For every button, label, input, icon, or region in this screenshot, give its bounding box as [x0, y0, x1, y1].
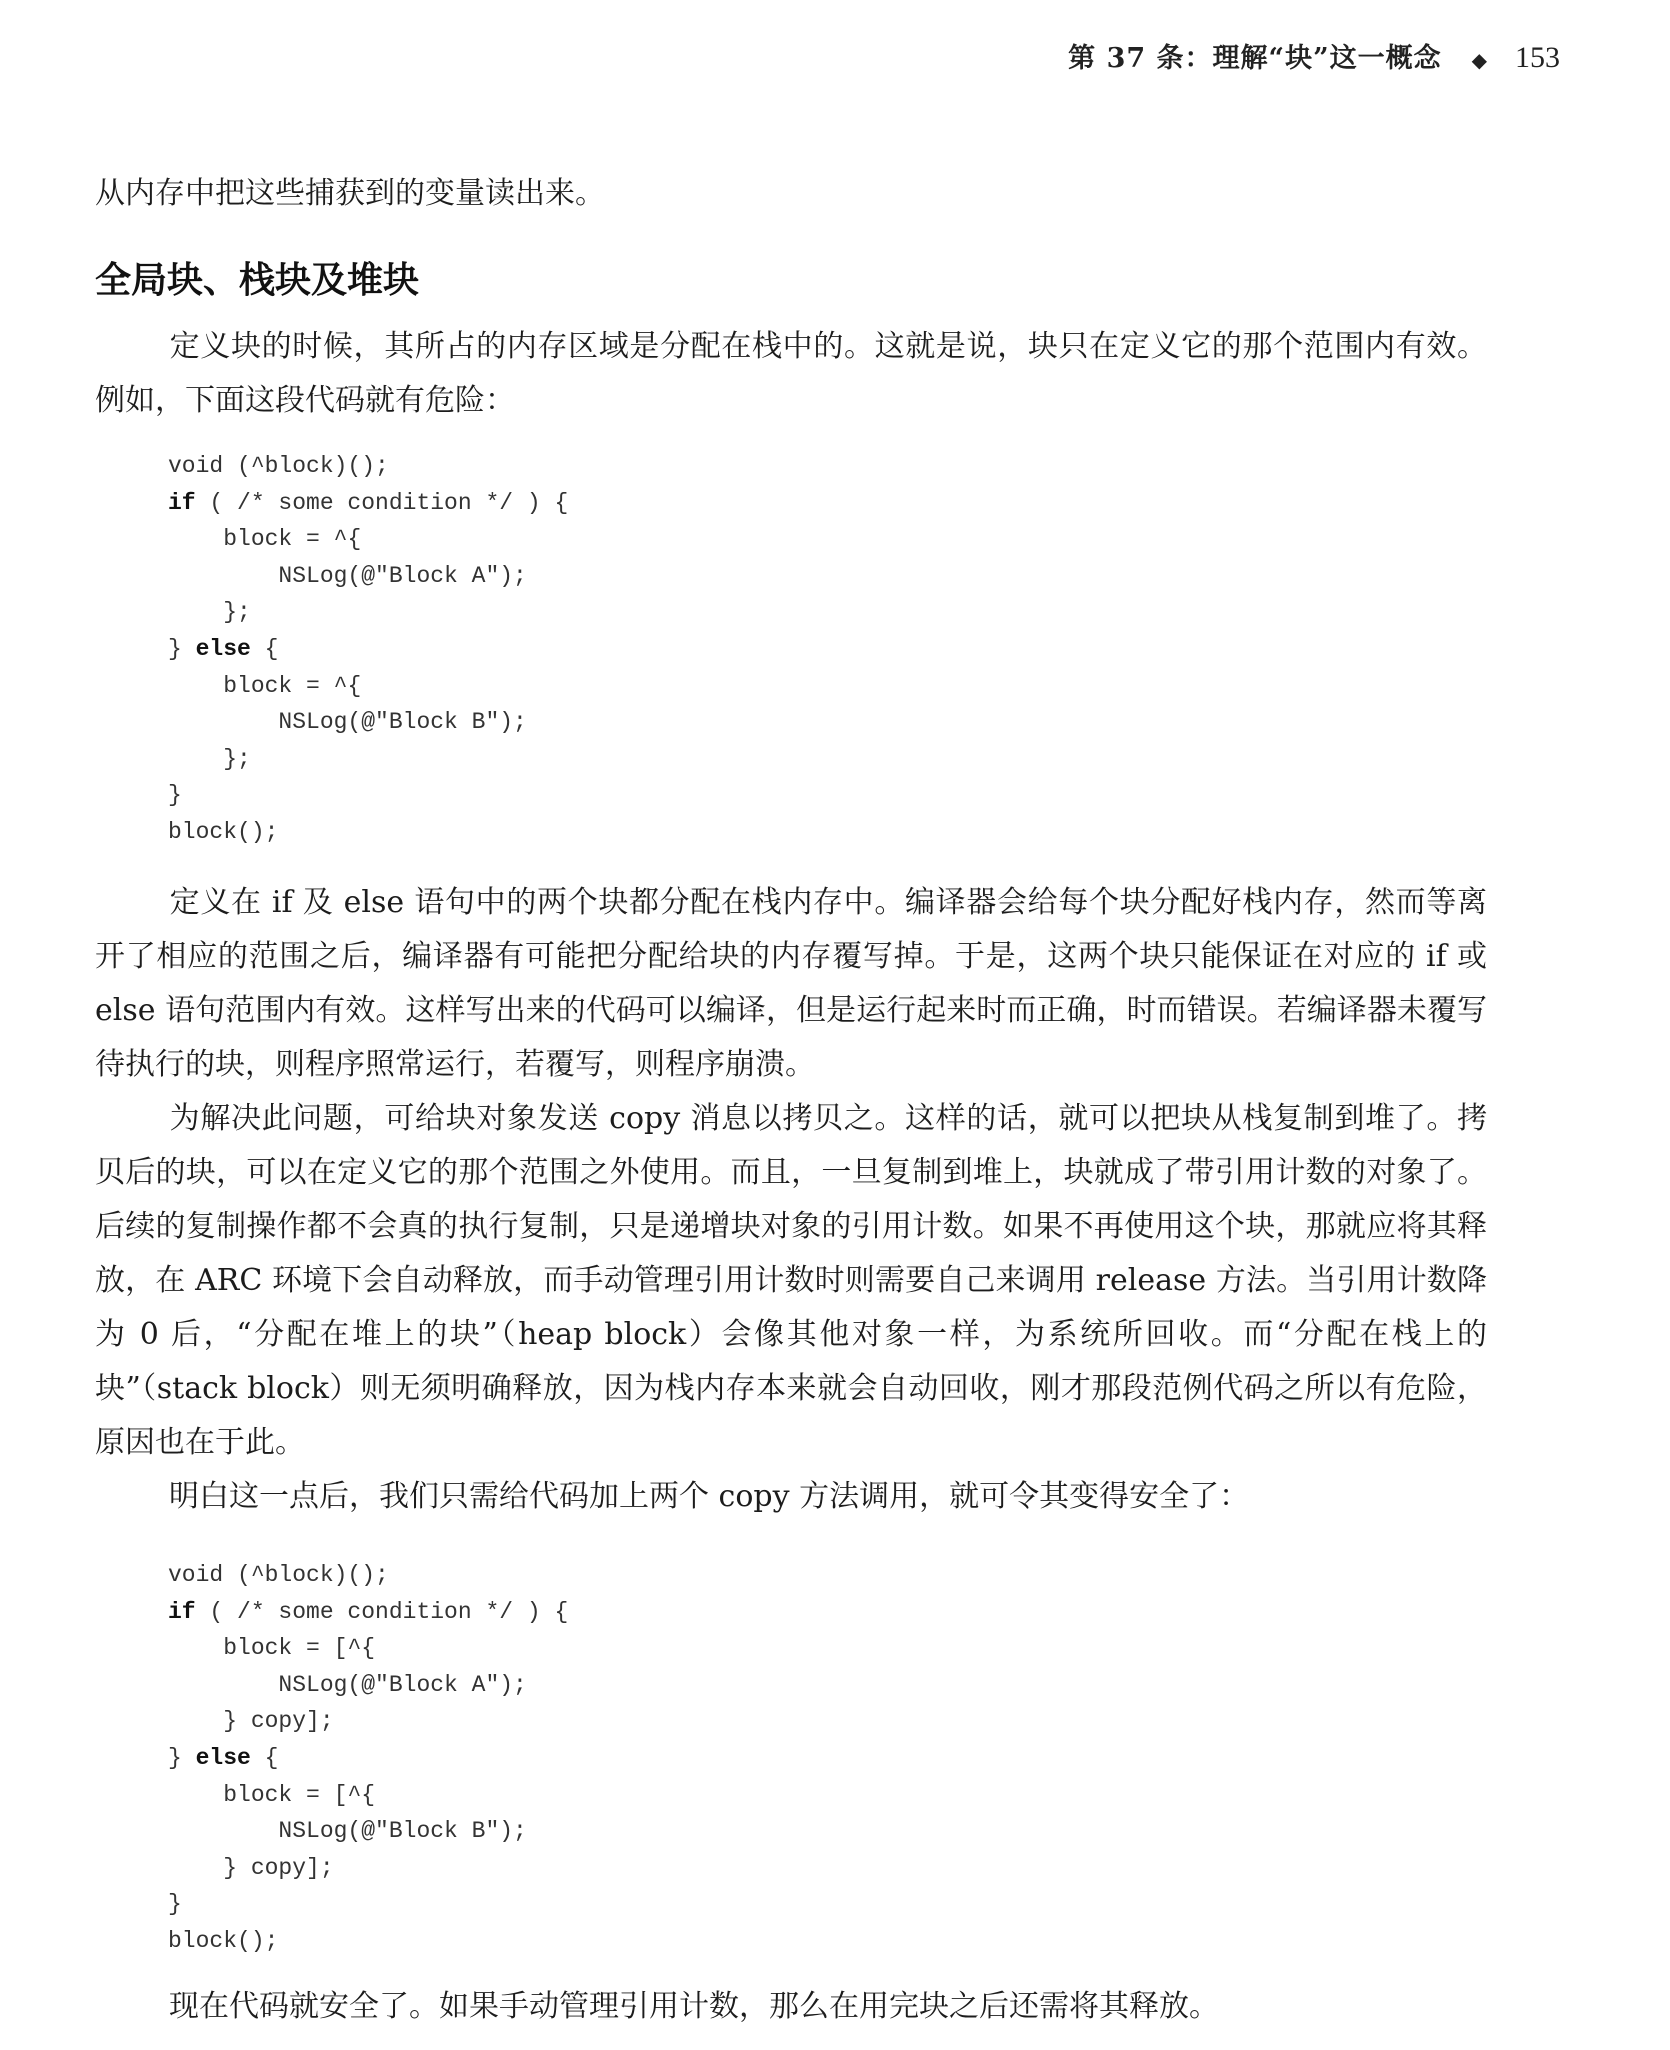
paragraph-1: 定义块的时候，其所占的内存区域是分配在栈中的。这就是说，块只在定义它的那个范围内… [95, 320, 1487, 428]
paragraph-3-text: 为解决此问题，可给块对象发送 copy 消息以拷贝之。这样的话，就可以把块从栈复… [95, 1101, 1487, 1460]
code-line: block = [^{ [168, 1630, 568, 1667]
code-line: block = ^{ [168, 668, 568, 705]
code-line: block(); [168, 1923, 568, 1960]
code-line: NSLog(@"Block B"); [168, 704, 568, 741]
paragraph-4: 明白这一点后，我们只需给代码加上两个 copy 方法调用，就可令其变得安全了： [95, 1470, 1487, 1524]
paragraph-2: 定义在 if 及 else 语句中的两个块都分配在栈内存中。编译器会给每个块分配… [95, 876, 1487, 1092]
code-line: NSLog(@"Block A"); [168, 558, 568, 595]
code-line: if ( /* some condition */ ) { [168, 1594, 568, 1631]
intro-line: 从内存中把这些捕获到的变量读出来。 [95, 168, 605, 212]
code-line: if ( /* some condition */ ) { [168, 485, 568, 522]
code-keyword: if [168, 490, 196, 516]
code-line: }; [168, 741, 568, 778]
code-block-2: void (^block)();if ( /* some condition *… [168, 1557, 568, 1960]
code-line: block = [^{ [168, 1777, 568, 1814]
paragraph-4-text: 明白这一点后，我们只需给代码加上两个 copy 方法调用，就可令其变得安全了： [169, 1479, 1249, 1514]
chapter-title: 第 37 条：理解“块”这一概念 [1068, 36, 1441, 75]
code-line: block(); [168, 814, 568, 851]
code-line: } [168, 1886, 568, 1923]
code-block-1: void (^block)();if ( /* some condition *… [168, 448, 568, 851]
code-line: }; [168, 594, 568, 631]
code-line: NSLog(@"Block B"); [168, 1813, 568, 1850]
section-heading: 全局块、栈块及堆块 [95, 252, 419, 303]
code-line: NSLog(@"Block A"); [168, 1667, 568, 1704]
code-line: } else { [168, 631, 568, 668]
code-keyword: else [196, 1745, 251, 1771]
running-header: 第 37 条：理解“块”这一概念 ◆ 153 [1068, 36, 1560, 75]
code-line: } else { [168, 1740, 568, 1777]
paragraph-1-text: 定义块的时候，其所占的内存区域是分配在栈中的。这就是说，块只在定义它的那个范围内… [95, 329, 1487, 418]
paragraph-2-text: 定义在 if 及 else 语句中的两个块都分配在栈内存中。编译器会给每个块分配… [95, 885, 1487, 1082]
paragraph-5: 现在代码就安全了。如果手动管理引用计数，那么在用完块之后还需将其释放。 [95, 1980, 1487, 2034]
code-line: } copy]; [168, 1850, 568, 1887]
paragraph-5-text: 现在代码就安全了。如果手动管理引用计数，那么在用完块之后还需将其释放。 [169, 1989, 1219, 2024]
code-line: block = ^{ [168, 521, 568, 558]
diamond-separator-icon: ◆ [1472, 48, 1487, 72]
page-number: 153 [1515, 41, 1560, 75]
code-line: void (^block)(); [168, 448, 568, 485]
code-line: void (^block)(); [168, 1557, 568, 1594]
code-keyword: if [168, 1599, 196, 1625]
code-line: } copy]; [168, 1703, 568, 1740]
code-keyword: else [196, 636, 251, 662]
code-line: } [168, 777, 568, 814]
paragraph-3: 为解决此问题，可给块对象发送 copy 消息以拷贝之。这样的话，就可以把块从栈复… [95, 1092, 1487, 1470]
